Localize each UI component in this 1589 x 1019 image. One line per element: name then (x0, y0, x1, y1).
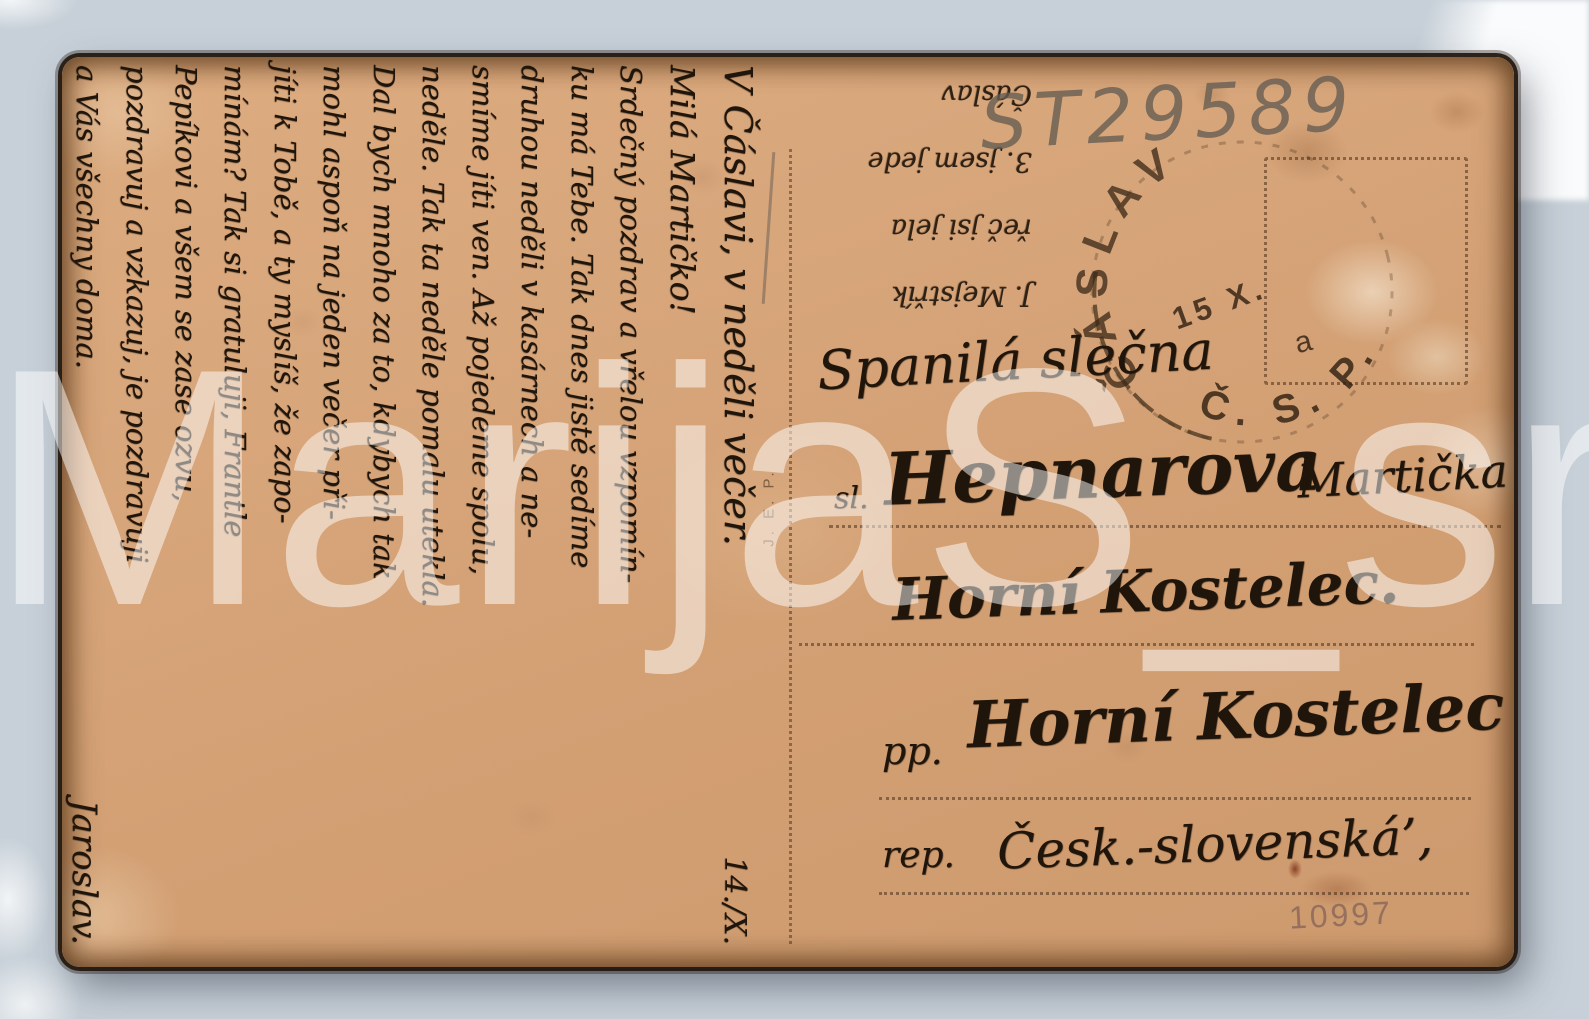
message-line: pozdravuj a vzkazuj, je pozdravuji (122, 65, 151, 945)
address-post-town-line: Horní Kostelec (966, 670, 1506, 764)
publisher-mark: J. E. P. (761, 468, 778, 546)
address-surname: Hepnarova (883, 421, 1323, 521)
inverted-note-line: řeč jsi jela (712, 213, 1032, 244)
message-line: ku má Tebe. Tak dnes jistě sedíme (567, 65, 596, 945)
inverted-note-line: J. Mejstřík (712, 280, 1032, 311)
background-light-flare-top-left (0, 0, 120, 60)
address-country-prefix: rep. (882, 835, 955, 876)
message-line: jíti k Tobě, a ty myslíš, že zapo- (270, 65, 299, 945)
address-first-name: Martička (1296, 444, 1509, 509)
address-town-line: Horní Kostelec. (891, 548, 1400, 634)
postmark-index-letter: a (1291, 324, 1315, 360)
postmark-cancellation-stamp: ČÁSLAV 15 X. a Č. S. P. (1057, 137, 1427, 467)
message-closing-text: a Vás všechny doma. (67, 65, 101, 369)
message-handwriting: V Čáslavi, v neděli večer. 14./X. Milá M… (67, 65, 757, 945)
message-line: neděle. Tak ta neděle pomalu utekla. (418, 65, 447, 945)
address-rule-1 (829, 525, 1501, 528)
message-salutation: Milá Martičko! (666, 65, 699, 945)
address-country-line: Česk.-slovenská’, (996, 807, 1434, 880)
address-rule-2 (799, 643, 1474, 646)
message-date-numeric: 14./X. (719, 856, 749, 945)
print-number: 10997 (1288, 894, 1394, 936)
message-line: druhou neděli v kasárnech a ne- (517, 65, 546, 945)
message-line: Pepíkovi a všem se zase ozvu, (171, 65, 200, 945)
message-line: Srdečný pozdrav a vřelou vzpomín- (616, 65, 645, 945)
message-line: mohl aspoň na jeden večer při- (319, 65, 348, 945)
postcard-back: J. E. P. V Čáslavi, v neděli večer. 14./… (62, 57, 1514, 967)
message-line: mínám? Tak si gratuluji, Frantle (220, 65, 249, 945)
message-closing-line: a Vás všechny doma. Jaroslav. (67, 65, 101, 945)
message-line: Dal bych mnoho za to, kdybych tak (369, 65, 398, 945)
address-honorific: sl. (834, 481, 869, 516)
address-rule-3 (879, 797, 1471, 800)
message-signature: Jaroslav. (67, 800, 101, 945)
message-line: smíme jíti ven. Až pojedeme spolu, (468, 65, 497, 945)
postcard-photo: J. E. P. V Čáslavi, v neděli večer. 14./… (0, 0, 1589, 1019)
address-post-prefix: pp. (882, 729, 943, 773)
